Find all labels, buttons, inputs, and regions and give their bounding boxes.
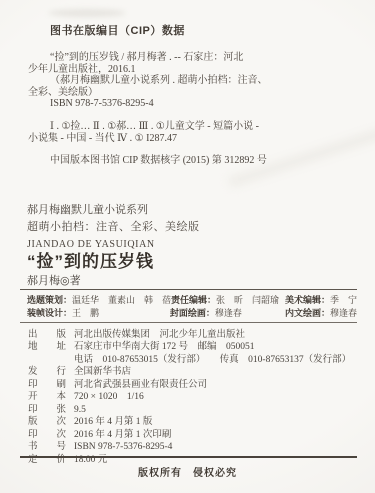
cip-line: “捡”到的压岁钱 / 郝月梅著 . -- 石家庄：河北 [28, 52, 348, 64]
credits-row: 选题策划：温廷华 董素山 韩 蓓 责任编辑：张 昕 闫韶瑜 美术编辑：季 宁 [27, 294, 357, 307]
book-title: “捡”到的压岁钱 [27, 252, 200, 272]
cip-block: 图书在版编目（CIP）数据 “捡”到的压岁钱 / 郝月梅著 . -- 石家庄：河… [28, 22, 348, 167]
series-subtitle: 超萌小拍档：注音、全彩、美绘版 [27, 219, 200, 236]
copyright-notice: 版权所有 侵权必究 [0, 464, 375, 479]
colophon-label: 印 张 [28, 404, 74, 416]
colophon-value: 9.5 [74, 404, 363, 416]
credit-value: 季 宁 [330, 295, 357, 305]
credit-value: 穆逢春 [330, 308, 357, 318]
colophon-row: 开 本720 × 1020 1/16 [28, 391, 363, 403]
colophon-label: 印 次 [28, 429, 74, 441]
credit-label: 封面绘画： [170, 308, 215, 318]
cip-line: （郝月梅幽默儿童小说系列 . 超萌小拍档：注音、 [28, 75, 348, 87]
cip-heading: 图书在版编目（CIP）数据 [50, 22, 348, 38]
credit-label: 内文绘画： [285, 308, 330, 318]
credit-value: 张 昕 闫韶瑜 [216, 295, 279, 305]
credit-label: 责任编辑： [171, 295, 216, 305]
spacer [28, 110, 348, 121]
scan-smudge-artifact [48, 9, 126, 17]
credit-label: 选题策划： [27, 295, 72, 305]
credit-value: 王 鹏 [72, 308, 99, 318]
colophon-label: 发 行 [28, 366, 74, 378]
colophon-value: ISBN 978-7-5376-8295-4 [74, 441, 363, 453]
colophon-label: 地 址 [28, 341, 74, 353]
cip-line: 全彩、美绘版） [28, 87, 348, 99]
book-copyright-page: 图书在版编目（CIP）数据 “捡”到的压岁钱 / 郝月梅著 . -- 石家庄：河… [0, 0, 375, 493]
colophon-label [28, 354, 74, 366]
colophon-value: 石家庄市中华南大街 172 号 邮编 050051 [74, 341, 363, 353]
credit-label: 美术编辑： [285, 295, 330, 305]
credit-item: 美术编辑：季 宁 [285, 294, 357, 307]
credit-value: 穆逢春 [215, 308, 242, 318]
credit-item: 内文绘画：穆逢春 [285, 307, 357, 320]
colophon-value: 河北出版传媒集团 河北少年儿童出版社 [74, 329, 363, 341]
cip-line: 少年儿童出版社，2016.1 [28, 64, 348, 76]
colophon-row: 出 版河北出版传媒集团 河北少年儿童出版社 [28, 329, 363, 341]
colophon-value: 2016 年 4 月第 1 次印刷 [74, 429, 363, 441]
author-line: 郝月梅◎著 [27, 273, 200, 289]
cip-classification-line: 小说集 - 中国 - 当代 Ⅳ . ① I287.47 [28, 133, 348, 145]
spacer [28, 144, 348, 155]
colophon-row: 印 张9.5 [28, 404, 363, 416]
colophon-value: 全国新华书店 [74, 366, 363, 378]
colophon-row: 书 号ISBN 978-7-5376-8295-4 [28, 441, 363, 453]
divider-rule-bottom [20, 456, 357, 458]
colophon-row: 版 次2016 年 4 月第 1 版 [28, 416, 363, 428]
colophon-value: 电话 010-87653015（发行部） 传真 010-87653137（发行部… [74, 354, 363, 366]
colophon-label: 出 版 [28, 329, 74, 341]
cip-isbn: ISBN 978-7-5376-8295-4 [28, 98, 348, 110]
cip-classification-line: Ⅰ . ①捡… Ⅱ . ①郝… Ⅲ . ①儿童文学 - 短篇小说 - [28, 121, 348, 133]
colophon-row: 电话 010-87653015（发行部） 传真 010-87653137（发行部… [28, 354, 363, 366]
colophon-row: 印 刷河北省武强县画业有限责任公司 [28, 379, 363, 391]
colophon-row: 地 址石家庄市中华南大街 172 号 邮编 050051 [28, 341, 363, 353]
colophon-value: 720 × 1020 1/16 [74, 391, 363, 403]
cip-record-number: 中国版本图书馆 CIP 数据核字 (2015) 第 312892 号 [28, 155, 348, 167]
colophon-value: 河北省武强县画业有限责任公司 [74, 379, 363, 391]
credits-row: 装帧设计：王 鹏 封面绘画：穆逢春 内文绘画：穆逢春 [27, 307, 357, 320]
series-name: 郝月梅幽默儿童小说系列 [27, 202, 200, 219]
credits-block: 选题策划：温廷华 董素山 韩 蓓 责任编辑：张 昕 闫韶瑜 美术编辑：季 宁 装… [27, 294, 357, 320]
divider-rule-top [20, 289, 357, 290]
credit-label: 装帧设计： [27, 308, 72, 318]
colophon-label: 书 号 [28, 441, 74, 453]
title-block: 郝月梅幽默儿童小说系列 超萌小拍档：注音、全彩、美绘版 JIANDAO DE Y… [27, 202, 200, 289]
credit-item: 责任编辑：张 昕 闫韶瑜 [171, 294, 285, 307]
colophon-row: 印 次2016 年 4 月第 1 次印刷 [28, 429, 363, 441]
colophon-label: 版 次 [28, 416, 74, 428]
colophon-label: 印 刷 [28, 379, 74, 391]
credit-item: 封面绘画：穆逢春 [170, 307, 285, 320]
divider-rule-middle [20, 322, 357, 323]
credit-item: 选题策划：温廷华 董素山 韩 蓓 [27, 294, 171, 307]
colophon-block: 出 版河北出版传媒集团 河北少年儿童出版社 地 址石家庄市中华南大街 172 号… [28, 329, 363, 466]
colophon-label: 开 本 [28, 391, 74, 403]
credit-value: 温廷华 董素山 韩 蓓 [72, 295, 171, 305]
colophon-row: 发 行全国新华书店 [28, 366, 363, 378]
credit-item: 装帧设计：王 鹏 [27, 307, 170, 320]
title-pinyin: JIANDAO DE YASUIQIAN [27, 237, 200, 252]
colophon-value: 2016 年 4 月第 1 版 [74, 416, 363, 428]
